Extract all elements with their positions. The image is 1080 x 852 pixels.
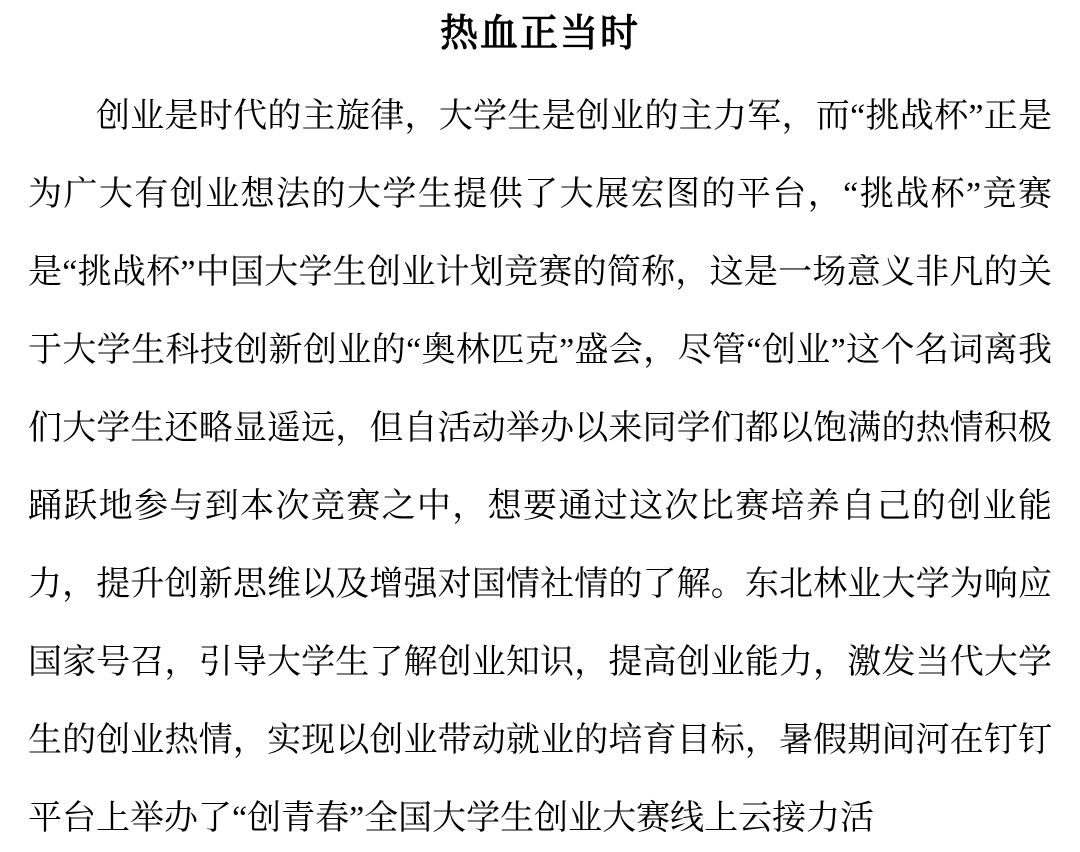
document-page: 热血正当时 创业是时代的主旋律，大学生是创业的主力军，而“挑战杯”正是为广大有创… bbox=[0, 0, 1080, 852]
document-paragraph: 创业是时代的主旋律，大学生是创业的主力军，而“挑战杯”正是为广大有创业想法的大学… bbox=[28, 78, 1052, 852]
document-title: 热血正当时 bbox=[28, 10, 1052, 58]
